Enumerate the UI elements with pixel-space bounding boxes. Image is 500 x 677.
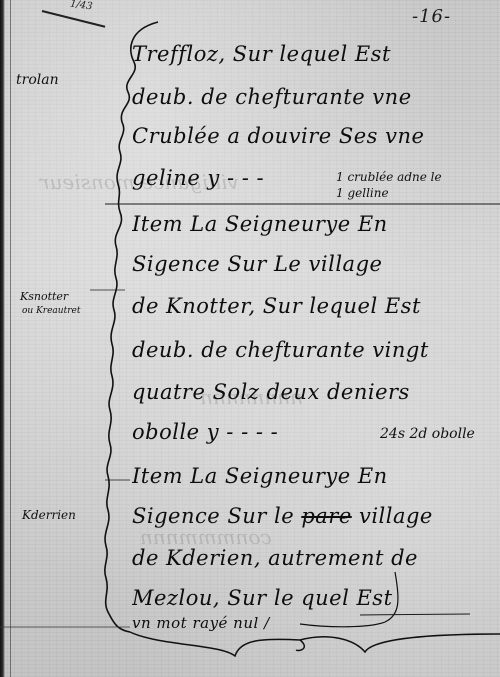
text-line-2: deub. de chefturante vne <box>132 85 500 109</box>
margin-note-knotter-alt: ou Kreautret <box>22 306 80 316</box>
margin-note-kderrien: Kderrien <box>22 508 76 522</box>
struck-word: pare <box>301 504 351 528</box>
text-line-15-erratum: vn mot rayé nul / <box>132 614 500 632</box>
text-line-9: quatre Solz deux deniers <box>132 380 500 404</box>
text-line-7: de Knotter, Sur lequel Est <box>132 294 500 318</box>
rent-annotation-2: 1 gelline <box>336 186 389 200</box>
text-line-3: Crublée a douvire Ses vne <box>132 124 500 148</box>
text-line-5: Item La Seigneurye En <box>132 212 500 236</box>
amount-annotation: 24s 2d obolle <box>380 426 475 442</box>
text-line-6: Sigence Sur Le village <box>132 252 500 276</box>
text-line-12: Sigence Sur le pare village <box>132 504 500 528</box>
text-line-8: deub. de chefturante vingt <box>132 338 500 362</box>
margin-note-knotter: Ksnotter <box>20 290 68 303</box>
rent-annotation-1: 1 crublée adne le <box>336 170 442 184</box>
text-line-14: Mezlou, Sur le quel Est <box>132 586 500 610</box>
manuscript-page: 1/43 -16- villigance monsieur nnnnnnnn c… <box>0 0 500 677</box>
margin-note-trolan: trolan <box>16 72 59 88</box>
text-line-13: de Kderien, autrement de <box>132 546 500 570</box>
text-line-11: Item La Seigneurye En <box>132 464 500 488</box>
text-line-12-start: Sigence Sur le <box>132 504 294 528</box>
text-line-12-end: village <box>359 504 433 528</box>
text-line-4: geline y - - - <box>132 166 500 190</box>
text-line-1: Treffloz, Sur lequel Est <box>132 42 500 66</box>
